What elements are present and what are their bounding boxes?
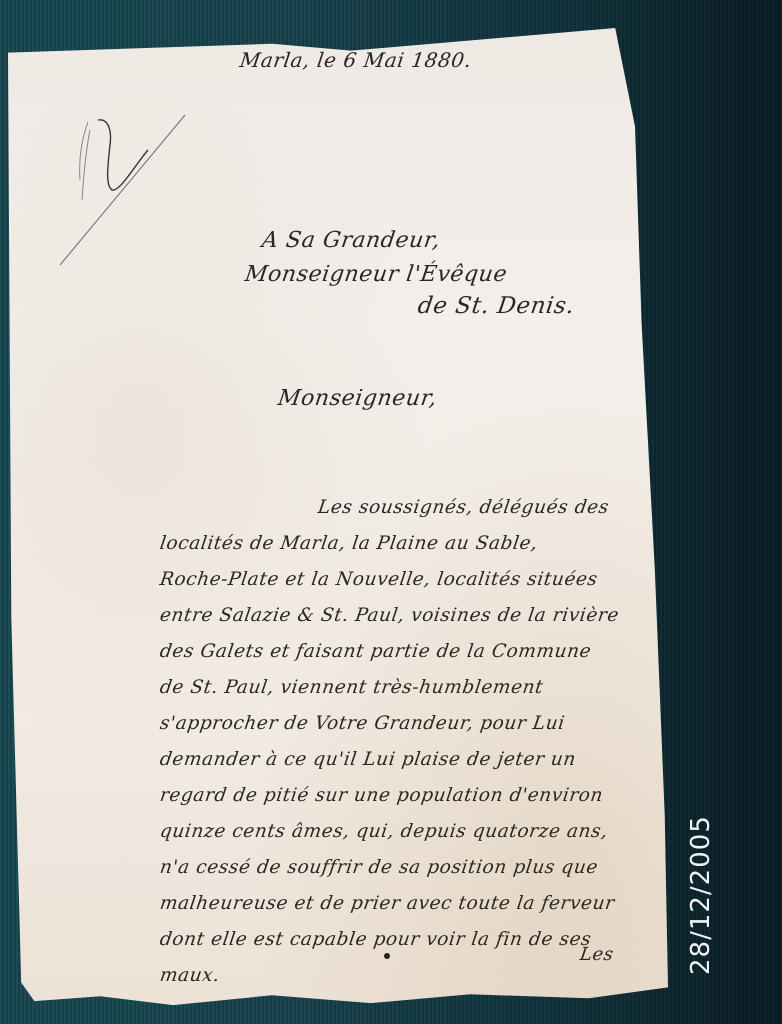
body-line: maux. xyxy=(159,965,222,986)
margin-annotation-mark: R/ xyxy=(60,110,190,270)
body-line: demander à ce qu'il Lui plaise de jeter … xyxy=(159,749,578,770)
catchword: Les xyxy=(579,944,616,965)
body-line: Les soussignés, délégués des xyxy=(317,497,611,518)
body-line: des Galets et faisant partie de la Commu… xyxy=(159,641,593,662)
body-line: malheureuse et de prier avec toute la fe… xyxy=(159,893,617,914)
ink-dot xyxy=(384,953,390,959)
recipient-line-2: Monseigneur l'Évêque xyxy=(243,262,509,287)
body-line: localités de Marla, la Plaine au Sable, xyxy=(159,533,540,554)
body-line: de St. Paul, viennent très-humblement xyxy=(159,677,545,698)
recipient-line-3: de St. Denis. xyxy=(416,293,576,319)
body-line: dont elle est capable pour voir la fin d… xyxy=(159,929,593,950)
photo-date-stamp: 28/12/2005 xyxy=(686,815,716,975)
body-line: n'a cessé de souffrir de sa position plu… xyxy=(159,857,600,878)
body-line: entre Salazie & St. Paul, voisines de la… xyxy=(159,605,621,626)
svg-text:R/: R/ xyxy=(60,110,78,114)
recipient-line-1: A Sa Grandeur, xyxy=(260,228,442,253)
body-line: Roche-Plate et la Nouvelle, localités si… xyxy=(159,569,600,590)
body-line: quinze cents âmes, qui, depuis quatorze … xyxy=(159,821,610,842)
letter-date: Marla, le 6 Mai 1880. xyxy=(238,48,473,72)
salutation: Monseigneur, xyxy=(276,386,439,411)
body-line: regard de pitié sur une population d'env… xyxy=(159,785,605,806)
body-line: s'approcher de Votre Grandeur, pour Lui xyxy=(159,713,567,734)
